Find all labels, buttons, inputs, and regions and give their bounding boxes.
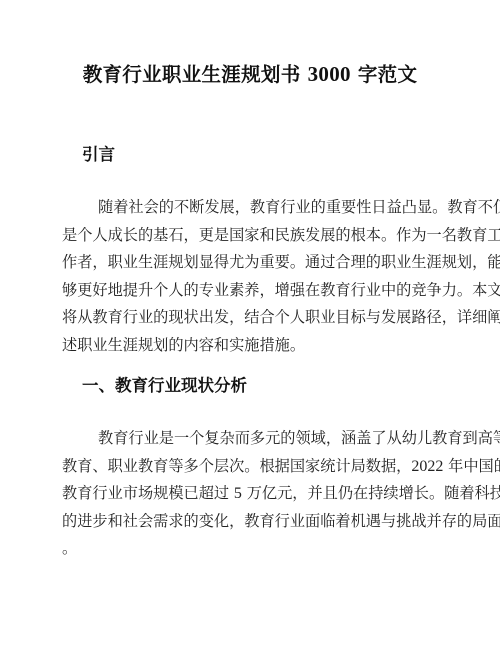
paragraph-line: 教育行业是一个复杂而多元的领域，涵盖了从幼儿教育到高等 bbox=[62, 425, 440, 453]
paragraph-line: 述职业生涯规划的内容和实施措施。 bbox=[62, 332, 440, 360]
section-heading-intro: 引言 bbox=[82, 143, 115, 167]
document-page: 教育行业职业生涯规划书 3000 字范文 引言 随着社会的不断发展，教育行业的重… bbox=[0, 0, 500, 647]
paragraph-line: 教育行业市场规模已超过 5 万亿元，并且仍在持续增长。随着科技 bbox=[62, 480, 440, 508]
paragraph-line: 是个人成长的基石，更是国家和民族发展的根本。作为一名教育工 bbox=[62, 222, 440, 250]
paragraph-line: 够更好地提升个人的专业素养，增强在教育行业中的竞争力。本文 bbox=[62, 277, 440, 305]
paragraph-line: 的进步和社会需求的变化，教育行业面临着机遇与挑战并存的局面 bbox=[62, 508, 440, 536]
line-text: 教育行业市场规模已超过 bbox=[62, 484, 234, 502]
document-title: 教育行业职业生涯规划书 3000 字范文 bbox=[0, 60, 500, 89]
paragraph-intro: 随着社会的不断发展，教育行业的重要性日益凸显。教育不仅 是个人成长的基石，更是国… bbox=[62, 194, 440, 360]
market-size-number: 5 bbox=[234, 485, 242, 502]
line-text: 万亿元，并且仍在持续增长。随着科技 bbox=[242, 484, 500, 502]
line-text: 年中国的 bbox=[443, 457, 500, 475]
year-number: 2022 bbox=[411, 458, 443, 475]
title-text-part: 字范文 bbox=[351, 63, 418, 86]
paragraph-line: 随着社会的不断发展，教育行业的重要性日益凸显。教育不仅 bbox=[62, 194, 440, 222]
title-number: 3000 bbox=[308, 62, 351, 86]
line-text: 教育、职业教育等多个层次。根据国家统计局数据， bbox=[62, 457, 411, 475]
paragraph-line: 作者，职业生涯规划显得尤为重要。通过合理的职业生涯规划，能 bbox=[62, 249, 440, 277]
paragraph-industry-analysis: 教育行业是一个复杂而多元的领域，涵盖了从幼儿教育到高等 教育、职业教育等多个层次… bbox=[62, 425, 440, 563]
paragraph-line: 教育、职业教育等多个层次。根据国家统计局数据，2022 年中国的 bbox=[62, 453, 440, 481]
title-text-part: 教育行业职业生涯规划书 bbox=[83, 63, 308, 86]
paragraph-line: 。 bbox=[62, 535, 440, 563]
section-heading-industry-analysis: 一、教育行业现状分析 bbox=[82, 374, 247, 398]
paragraph-line: 将从教育行业的现状出发，结合个人职业目标与发展路径，详细阐 bbox=[62, 304, 440, 332]
